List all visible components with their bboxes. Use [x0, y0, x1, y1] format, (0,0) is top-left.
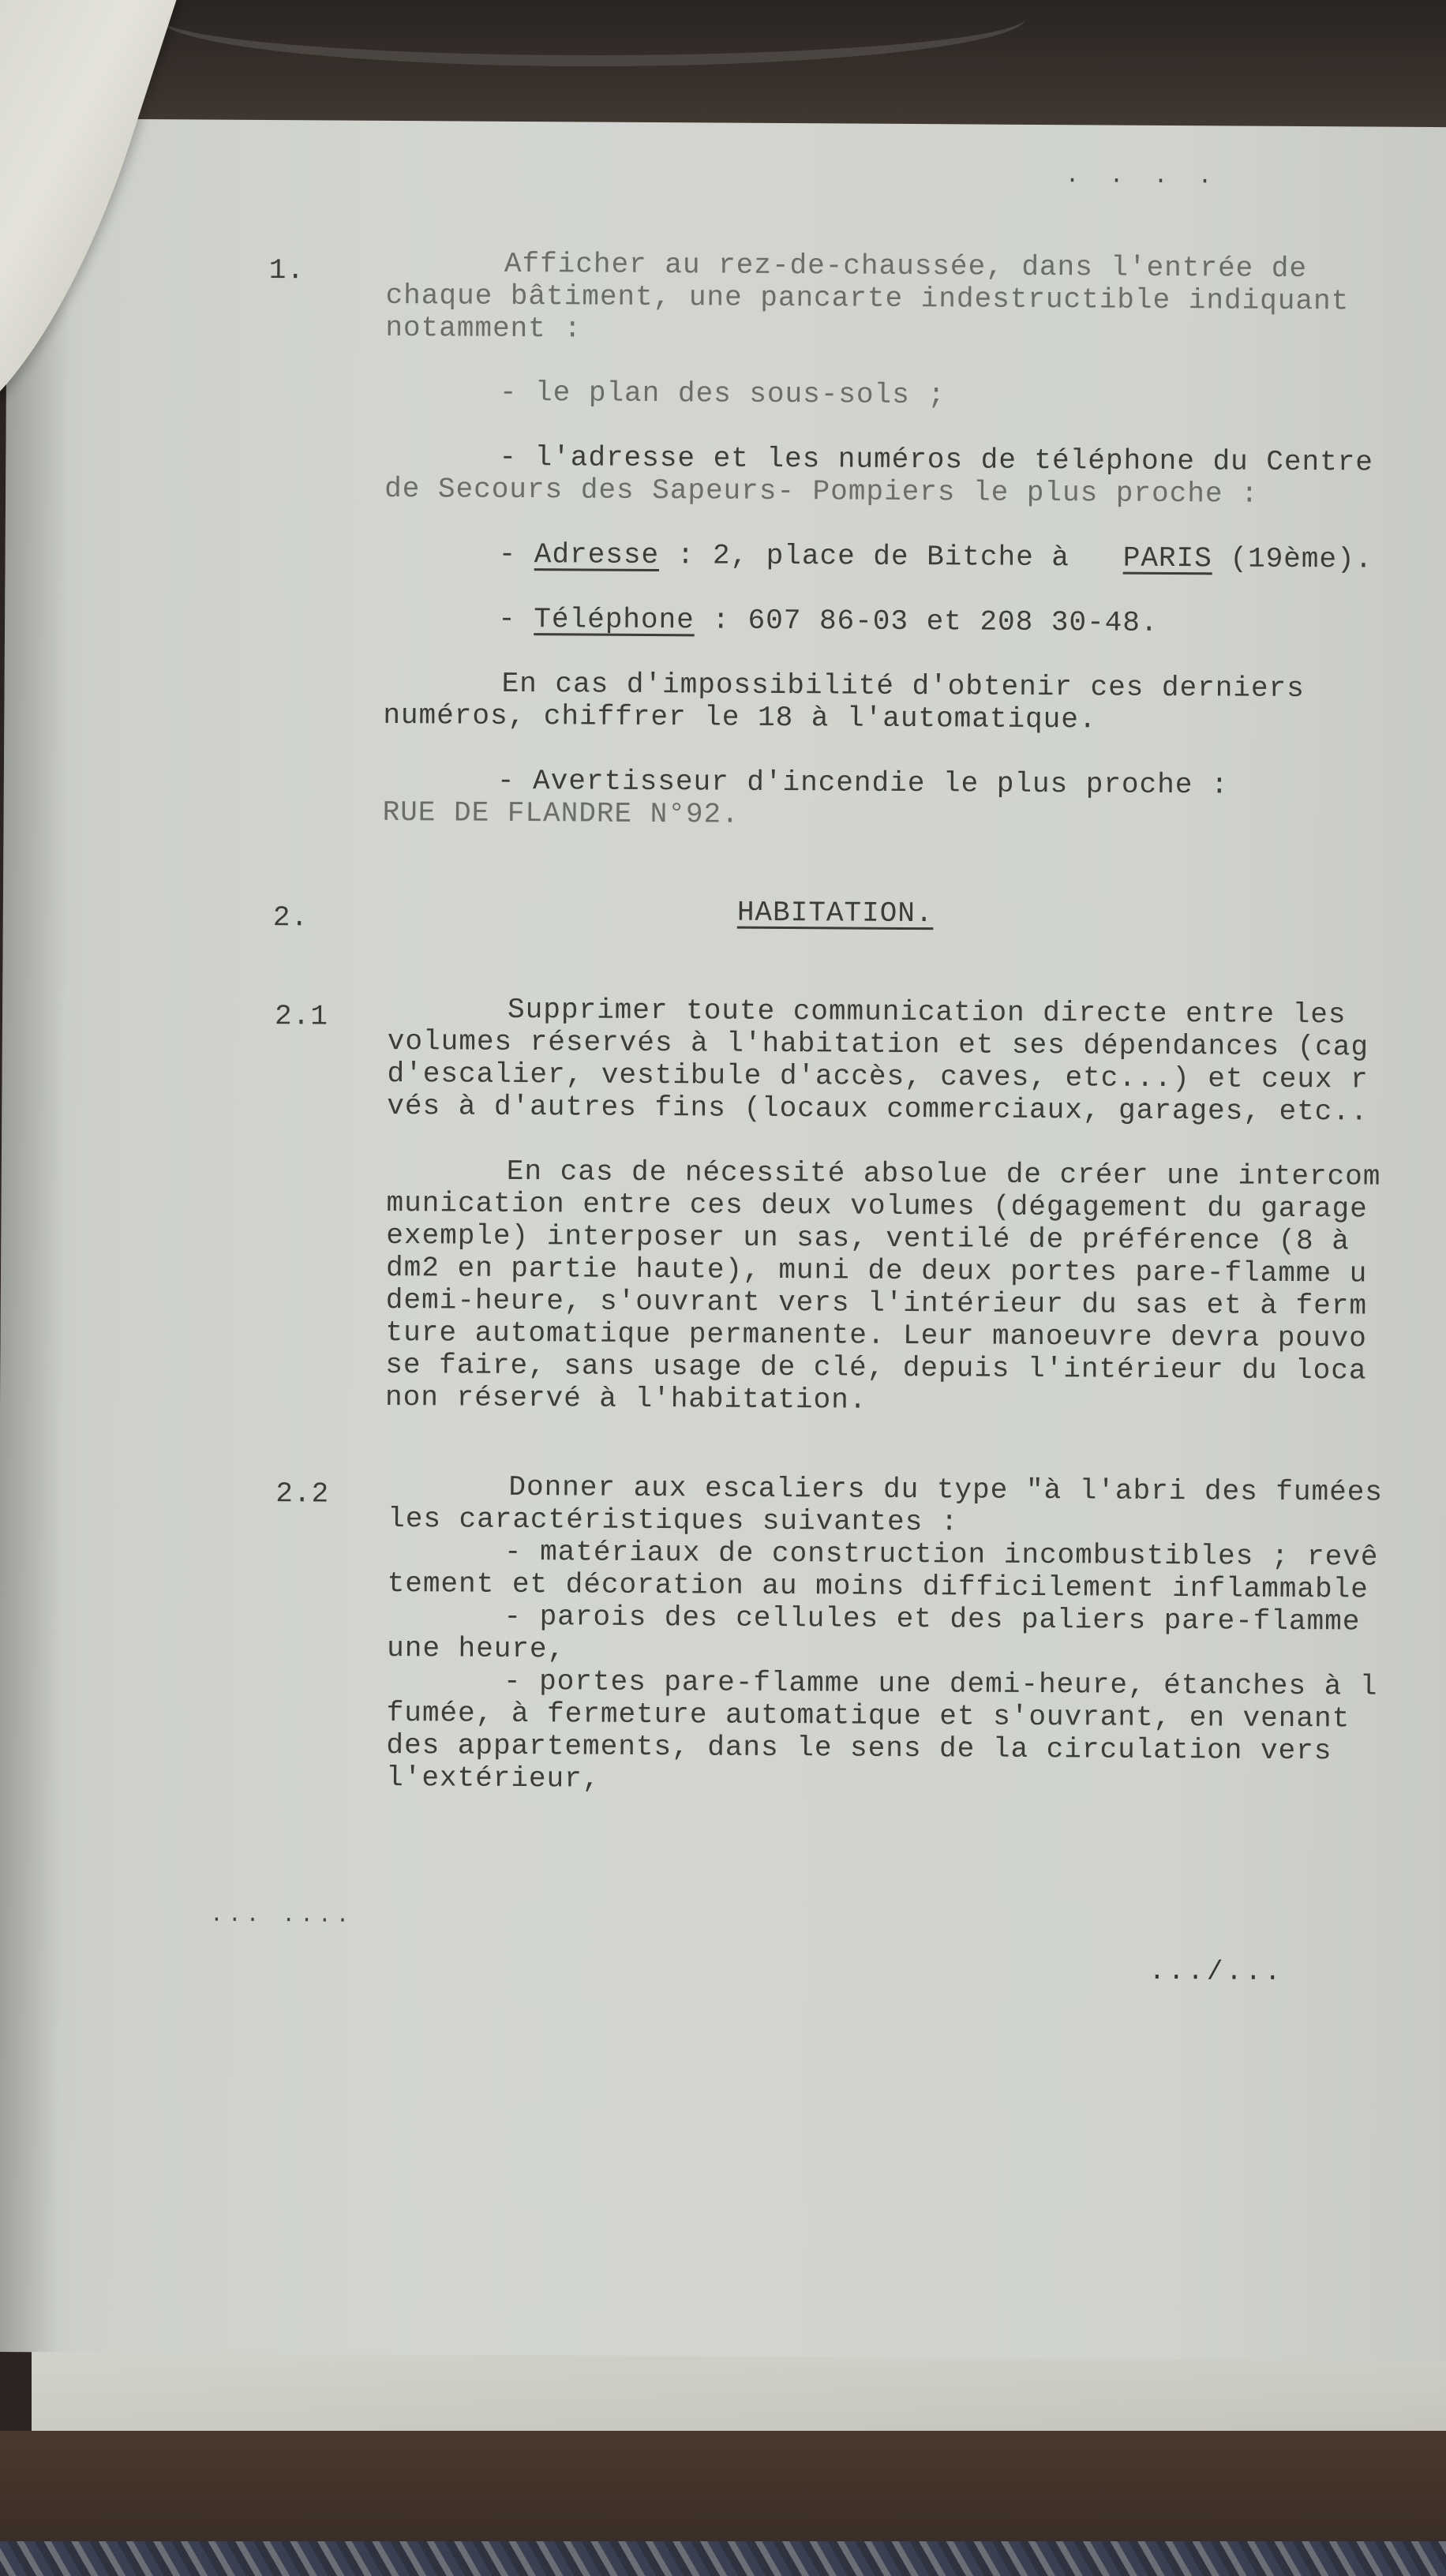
- text-line: En cas d'impossibilité d'obtenir ces der…: [502, 668, 1305, 705]
- section-title: HABITATION.: [737, 897, 934, 930]
- section-number-1: 1.: [269, 254, 305, 286]
- text-line: Supprimer toute communication directe en…: [508, 994, 1347, 1031]
- text-line: des appartements, dans le sens de la cir…: [386, 1729, 1332, 1767]
- section-number-2-1: 2.1: [275, 1000, 328, 1032]
- text-line: vés à d'autres fins (locaux commerciaux,…: [387, 1090, 1368, 1129]
- page-marker: . . . .: [1065, 160, 1219, 193]
- document-page: . . . . 1. Afficher au rez-de-chaussée, …: [0, 118, 1446, 2361]
- continuation-marker-right: .../...: [1149, 1956, 1284, 1990]
- text-line: En cas de nécessité absolue de créer une…: [507, 1155, 1381, 1193]
- section-number-2-2: 2.2: [275, 1477, 329, 1510]
- address-city: PARIS: [1123, 542, 1212, 575]
- text-line: RUE DE FLANDRE N°92.: [383, 796, 740, 831]
- phone-line: - Téléphone : 607 86-03 et 208 30-48.: [498, 603, 1159, 639]
- text-line: - Avertisseur d'incendie le plus proche …: [497, 765, 1229, 802]
- text-line: les caractéristiques suivantes :: [388, 1503, 959, 1538]
- text-line: l'extérieur,: [386, 1762, 600, 1795]
- section-number-2: 2.: [273, 901, 309, 934]
- text-line: non réservé à l'habitation.: [385, 1381, 867, 1417]
- text-line: Donner aux escaliers du type "à l'abri d…: [508, 1471, 1383, 1509]
- text-line: - portes pare-flamme une demi-heure, éta…: [504, 1665, 1378, 1703]
- text-line: notamment :: [385, 312, 582, 346]
- text-line: une heure,: [387, 1632, 565, 1665]
- text-line: de Secours des Sapeurs- Pompiers le plus…: [384, 473, 1259, 511]
- text-line: numéros, chiffrer le 18 à l'automatique.: [383, 699, 1096, 736]
- address-label: Adresse: [534, 538, 659, 571]
- address-suffix: (19ème).: [1230, 542, 1373, 575]
- continuation-marker-left: ... ....: [210, 1900, 354, 1933]
- text-line: - parois des cellules et des paliers par…: [504, 1601, 1360, 1638]
- typewritten-text: . . . . 1. Afficher au rez-de-chaussée, …: [0, 118, 1446, 2361]
- text-line: - matériaux de construction incombustibl…: [504, 1536, 1379, 1574]
- phone-label: Téléphone: [534, 603, 695, 636]
- address-value: : 2, place de Bitche à: [677, 539, 1070, 574]
- text-line: Afficher au rez-de-chaussée, dans l'entr…: [504, 248, 1307, 285]
- text-line: - le plan des sous-sols ;: [500, 376, 946, 411]
- address-line: - Adresse : 2, place de Bitche à PARIS (…: [499, 538, 1373, 576]
- fabric-edge: [0, 2541, 1446, 2576]
- text-line: - l'adresse et les numéros de téléphone …: [499, 441, 1373, 479]
- phone-value: : 607 86-03 et 208 30-48.: [712, 604, 1158, 638]
